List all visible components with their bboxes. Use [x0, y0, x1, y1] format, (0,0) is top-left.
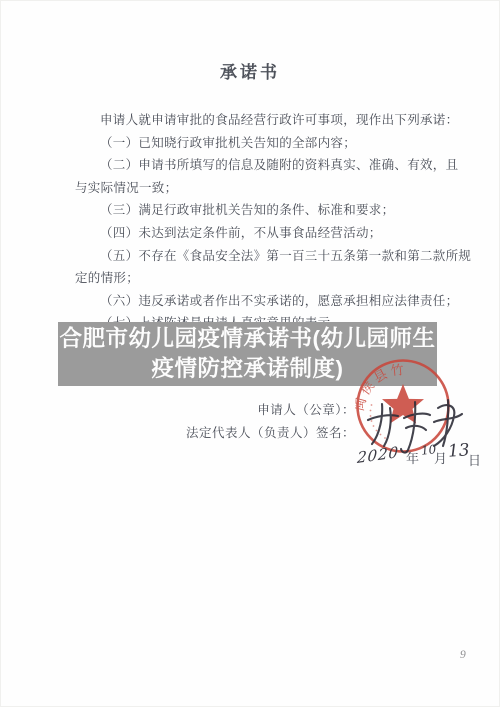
document-line: （三）满足行政审批机关告知的条件、标准和要求； [75, 199, 447, 222]
handwritten-day: 13 [447, 440, 470, 461]
document-line: （五）不存在《食品安全法》第一百三十五条第一款和第二款所规 [75, 245, 447, 268]
document-line: 定的情形； [75, 267, 447, 290]
document-body: 申请人就申请审批的食品经营行政许可事项，现作出下列承诺： （一）已知晓行政审批机… [75, 109, 447, 335]
document-line: （一）已知晓行政审批机关告知的全部内容； [75, 132, 447, 155]
legal-representative-label: 法定代表人（负责人）签名： [0, 422, 355, 445]
watermark-title-line1: 合肥市幼儿园疫情承诺书(幼儿园师生 [58, 324, 437, 354]
document-line: （四）未达到法定条件前，不从事食品经营活动； [75, 222, 447, 245]
document-line: 与实际情况一致； [75, 177, 447, 200]
year-label: 年 [406, 448, 419, 467]
page-number: 9 [460, 649, 466, 661]
scanned-document-page: 承诺书 申请人就申请审批的食品经营行政许可事项，现作出下列承诺： （一）已知晓行… [0, 0, 500, 707]
document-line: （六）违反承诺或者作出不实承诺的，愿意承担相应法律责任； [75, 290, 447, 313]
document-title: 承诺书 [0, 58, 500, 83]
day-label: 日 [468, 450, 481, 469]
month-label: 月 [434, 448, 447, 467]
applicant-seal-label: 申请人（公章）： [0, 399, 355, 422]
document-line: 申请人就申请审批的食品经营行政许可事项，现作出下列承诺： [75, 109, 447, 132]
document-line: （二）申请书所填写的信息及随附的资料真实、准确、有效，且 [75, 154, 447, 177]
signature-labels: 申请人（公章）： 法定代表人（负责人）签名： [0, 399, 355, 445]
